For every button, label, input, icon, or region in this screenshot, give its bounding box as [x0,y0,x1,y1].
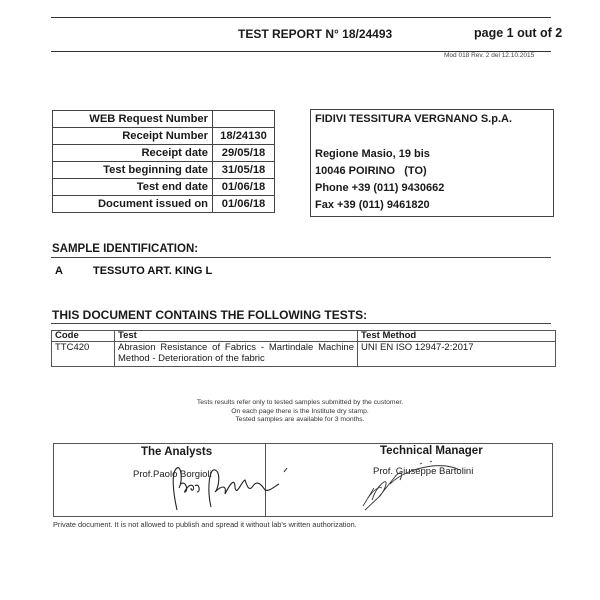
note-line: Tested samples are available for 3 month… [150,416,450,425]
note-line: Tests results refer only to tested sampl… [150,399,450,408]
customer-phone: Phone +39 (011) 9430662 [315,182,444,194]
tests-heading-rule [51,323,551,324]
sample-identification-heading: SAMPLE IDENTIFICATION: [52,243,198,255]
test-code: TTC420 [52,342,115,367]
column-header-test-method: Test Method [358,331,556,342]
web-request-number-value [213,111,275,128]
table-row: Receipt Number 18/24130 [53,128,275,145]
test-end-date-value: 01/06/18 [213,179,275,196]
tests-table: Code Test Test Method TTC420 Abrasion Re… [51,330,556,367]
analyst-signature-icon [165,462,290,512]
private-document-notice: Private document. It is not allowed to p… [53,520,357,529]
table-header-row: Code Test Test Method [52,331,556,342]
sample-identification-rule [51,257,551,258]
receipt-date-value: 29/05/18 [213,145,275,162]
test-description: Abrasion Resistance of Fabrics - Martind… [115,342,358,367]
note-line: On each page there is the Institute dry … [150,408,450,417]
column-header-test: Test [115,331,358,342]
customer-name: FIDIVI TESSITURA VERGNANO S.p.A. [315,113,512,125]
request-info-table: WEB Request Number Receipt Number 18/241… [52,110,275,213]
page-indicator: page 1 out of 2 [474,26,562,40]
disclaimer-notes: Tests results refer only to tested sampl… [150,399,450,425]
receipt-date-label: Receipt date [53,145,213,162]
customer-fax: Fax +39 (011) 9461820 [315,199,430,211]
document-issued-value: 01/06/18 [213,196,275,213]
receipt-number-label: Receipt Number [53,128,213,145]
column-header-code: Code [52,331,115,342]
header-top-rule [51,17,551,18]
test-end-date-label: Test end date [53,179,213,196]
customer-address-box: FIDIVI TESSITURA VERGNANO S.p.A. Regione… [310,109,554,217]
web-request-number-label: WEB Request Number [53,111,213,128]
table-row: WEB Request Number [53,111,275,128]
test-beginning-date-label: Test beginning date [53,162,213,179]
technical-manager-heading: Technical Manager [380,445,483,457]
customer-city: 10046 POIRINO (TO) [315,165,427,177]
table-row: Test beginning date 31/05/18 [53,162,275,179]
test-beginning-date-value: 31/05/18 [213,162,275,179]
document-issued-label: Document issued on [53,196,213,213]
table-row: Document issued on 01/06/18 [53,196,275,213]
receipt-number-value: 18/24130 [213,128,275,145]
form-revision: Mod 018 Rev. 2 del 12.10.2015 [444,52,534,59]
test-method: UNI EN ISO 12947-2:2017 [358,342,556,367]
analysts-heading: The Analysts [141,446,212,458]
tests-heading: THIS DOCUMENT CONTAINS THE FOLLOWING TES… [52,308,367,322]
table-row: Test end date 01/06/18 [53,179,275,196]
report-title: TEST REPORT N° 18/24493 [238,27,392,41]
table-row: TTC420 Abrasion Resistance of Fabrics - … [52,342,556,367]
table-row: Receipt date 29/05/18 [53,145,275,162]
manager-signature-icon [360,458,470,513]
sample-code: A [55,265,63,277]
customer-address: Regione Masio, 19 bis [315,148,430,160]
sample-name: TESSUTO ART. KING L [93,265,212,277]
